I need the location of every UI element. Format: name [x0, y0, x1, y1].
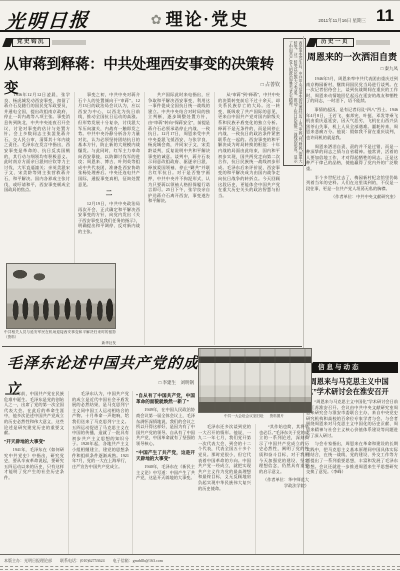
- main-author-byline: □ 占善钦: [150, 81, 280, 88]
- mao-subhead-2: “自从有了中国共产党，中国革命的面貌就焕然一新了”: [136, 393, 195, 405]
- tag-tail: [356, 40, 390, 45]
- mao-col1-paragraph-2: 1941年，毛泽东在《如何研究中共党史》中指出，研究党史，要从辛亥革命说起，要研…: [4, 447, 64, 481]
- mao-article-column-1: 90年前，中国共产党在民族危难中诞生。毛泽东是党的创始人之一，出席了党的第一次全…: [4, 391, 64, 555]
- page-number: 11: [376, 6, 394, 26]
- mao-article-authors: □ 李建生 刘明钢: [60, 380, 194, 386]
- history-paragraph: 事情的起因，是有记者问及“四八”烈士。1946年4月8日，王若飞、秦邦宪、叶挺、…: [306, 107, 398, 141]
- photo-caption-text: 中共相关人员与延安军民在机场迎接西安事变和平解决归来时的留影（资料）: [4, 330, 116, 340]
- history-article-body: 1946年5月，周恩来率中共代表团由重庆迁到南京梅园新村，继续同国民党当局进行谈…: [306, 76, 398, 356]
- column-tag-history: 历史一页: [308, 38, 390, 47]
- history-paragraph: 周恩来洒泪自责，责的并不是过错，而是一种深挚的同志之情与自省精神。他常讲，活着的…: [306, 144, 398, 172]
- main-article-column-1: 1936年12月12日凌晨，张学良、杨虎城发动西安事变，扣留了蒋介石及随行的国民…: [4, 92, 70, 262]
- history-headline: 周恩来的一次洒泪自责: [306, 51, 398, 63]
- history-author-byline: □ 秦九凤: [306, 66, 398, 72]
- mao-subhead-3: “中国产生了共产党，这是开天辟地的大事变”: [136, 450, 195, 462]
- header-rule: [0, 30, 400, 32]
- footer-dashed-rule: [0, 569, 400, 570]
- main-col2-paragraph-2: 12月19日，中共中央政治局再次开会，正式确定和平解决西安事变的方针，向党内发出…: [78, 201, 140, 235]
- section-marker: 二: [78, 190, 140, 198]
- cpc-first-congress-site-photo: [198, 348, 312, 413]
- footer-text: 本版主办：光明日报理论部 联系电话：(010)62753624 电子信箱：gmr…: [4, 558, 396, 564]
- main-article-column-3: 共产国际此时来电指出，应争取和平解决西安事变，利用这一事件促成全国抗日统一战线的…: [144, 92, 210, 345]
- photo-credit: 资料图片: [270, 414, 284, 418]
- info-paragraph: “周恩来与马克思主义中国化”学术研讨会日前在江苏淮安召开。会议由中共中央文献研究…: [306, 399, 398, 438]
- main-col2-paragraph-1: 事变之初，中共中央对蒋介石个人的处置倾向于“审蒋”。12月13日的政治局会议认为…: [78, 92, 140, 187]
- date-text: 2011年11月16日 星期三: [318, 18, 366, 24]
- mao-article-column-4: 毛泽东还多次谈到党的一大召开的情形。他说，一九二一年七月，我们党开第一次代表大会…: [198, 424, 251, 555]
- masthead-logo: 光明日报: [5, 5, 117, 32]
- column-tag-main: 党史钩沉: [4, 38, 86, 47]
- column-tag-label: 党史钩沉: [12, 38, 50, 47]
- section-title: 理论·党史: [166, 10, 250, 29]
- mao-col5-paragraph: “其作始也简，其将毕也必巨。”毛泽东关于党的成立的一系列论述，深刻揭示了中国共产…: [259, 424, 309, 474]
- photo-caption-text: 中共一大会址会议室旧址: [224, 414, 264, 418]
- xian-incident-photo: [6, 263, 116, 329]
- photo-credit: 新华社发: [4, 341, 116, 346]
- history-paragraph: 1946年5月，周恩来率中共代表团由重庆迁到南京梅园新村，继续同国民党当局进行谈…: [306, 76, 398, 104]
- main-article-column-2: 事变之初，中共中央对蒋介石个人的处置倾向于“审蒋”。12月13日的政治局会议认为…: [74, 92, 140, 264]
- mao-col1-paragraph-1: 90年前，中国共产党在民族危难中诞生。毛泽东是党的创始人之一，出席了党的第一次全…: [4, 391, 64, 436]
- flower-icon: ✿: [151, 12, 162, 27]
- mao-article-column-3: “自从有了中国共产党，中国革命的面貌就焕然一新了” 1949年，在中国人民政治协…: [132, 391, 195, 555]
- info-section-body: “周恩来与马克思主义中国化”学术研讨会日前在江苏淮安召开。会议由中共中央文献研究…: [306, 399, 398, 555]
- mao-subhead-1: “开天辟地的大事变”: [4, 439, 64, 445]
- section-header: ✿理论·党史: [115, 5, 285, 30]
- main-article-column-4: 从“审蒋”到“释蒋”，中共中央的决策转变前后不过十余天，却关系民族存亡的大局。这…: [214, 92, 280, 345]
- info-paragraph: 与会专家指出，周恩来在革命和建设的长期实践中，把马克思主义基本原理同中国具体实际…: [306, 441, 398, 475]
- history-author-unit: （作者单位：中共中央文献研究室）: [306, 194, 398, 200]
- photo-caption: 中共相关人员与延安军民在机场迎接西安事变和平解决归来时的留影（资料） 新华社发: [4, 330, 116, 345]
- mao-author-unit: （作者单位：华中师范大学政法学院）: [259, 477, 309, 488]
- column-tag-label: 历史一页: [316, 38, 354, 47]
- tag-tail: [52, 40, 86, 45]
- article-divider-rule: [2, 346, 302, 347]
- top-rule: [0, 0, 400, 1]
- mao-article-column-2: 毛泽东认为，中国共产党的成立是近代中国社会矛盾发展的必然结果，是马克思列宁主义同…: [68, 391, 129, 555]
- mao-col3-paragraph-1: 1949年，在中国人民政治协商会议第一届全体会议上，毛泽东满怀深情地说，我们的会…: [136, 407, 195, 446]
- photo-caption: 中共一大会址会议室旧址资料图片: [198, 414, 310, 419]
- footer-rule: [0, 554, 400, 555]
- info-headline: “周恩来与马克思主义中国化”学术研讨会在淮安召开: [306, 377, 398, 396]
- info-section-header: 信息与动态: [306, 362, 398, 373]
- history-paragraph: 半个多世纪过去了，梅园新村纪念馆里仍陈列着当年的史料。人们在这里读到的，不仅是一…: [306, 175, 398, 192]
- mao-col3-paragraph-2: 1940年，毛泽东在《新民主主义论》中写道：中国产生了共产党，这是开天辟地的大事…: [136, 464, 195, 481]
- footer-dashed-rule: [0, 566, 400, 567]
- mao-article-column-5: “其作始也简，其将毕也必巨。”毛泽东关于党的成立的一系列论述，深刻揭示了中国共产…: [255, 424, 309, 555]
